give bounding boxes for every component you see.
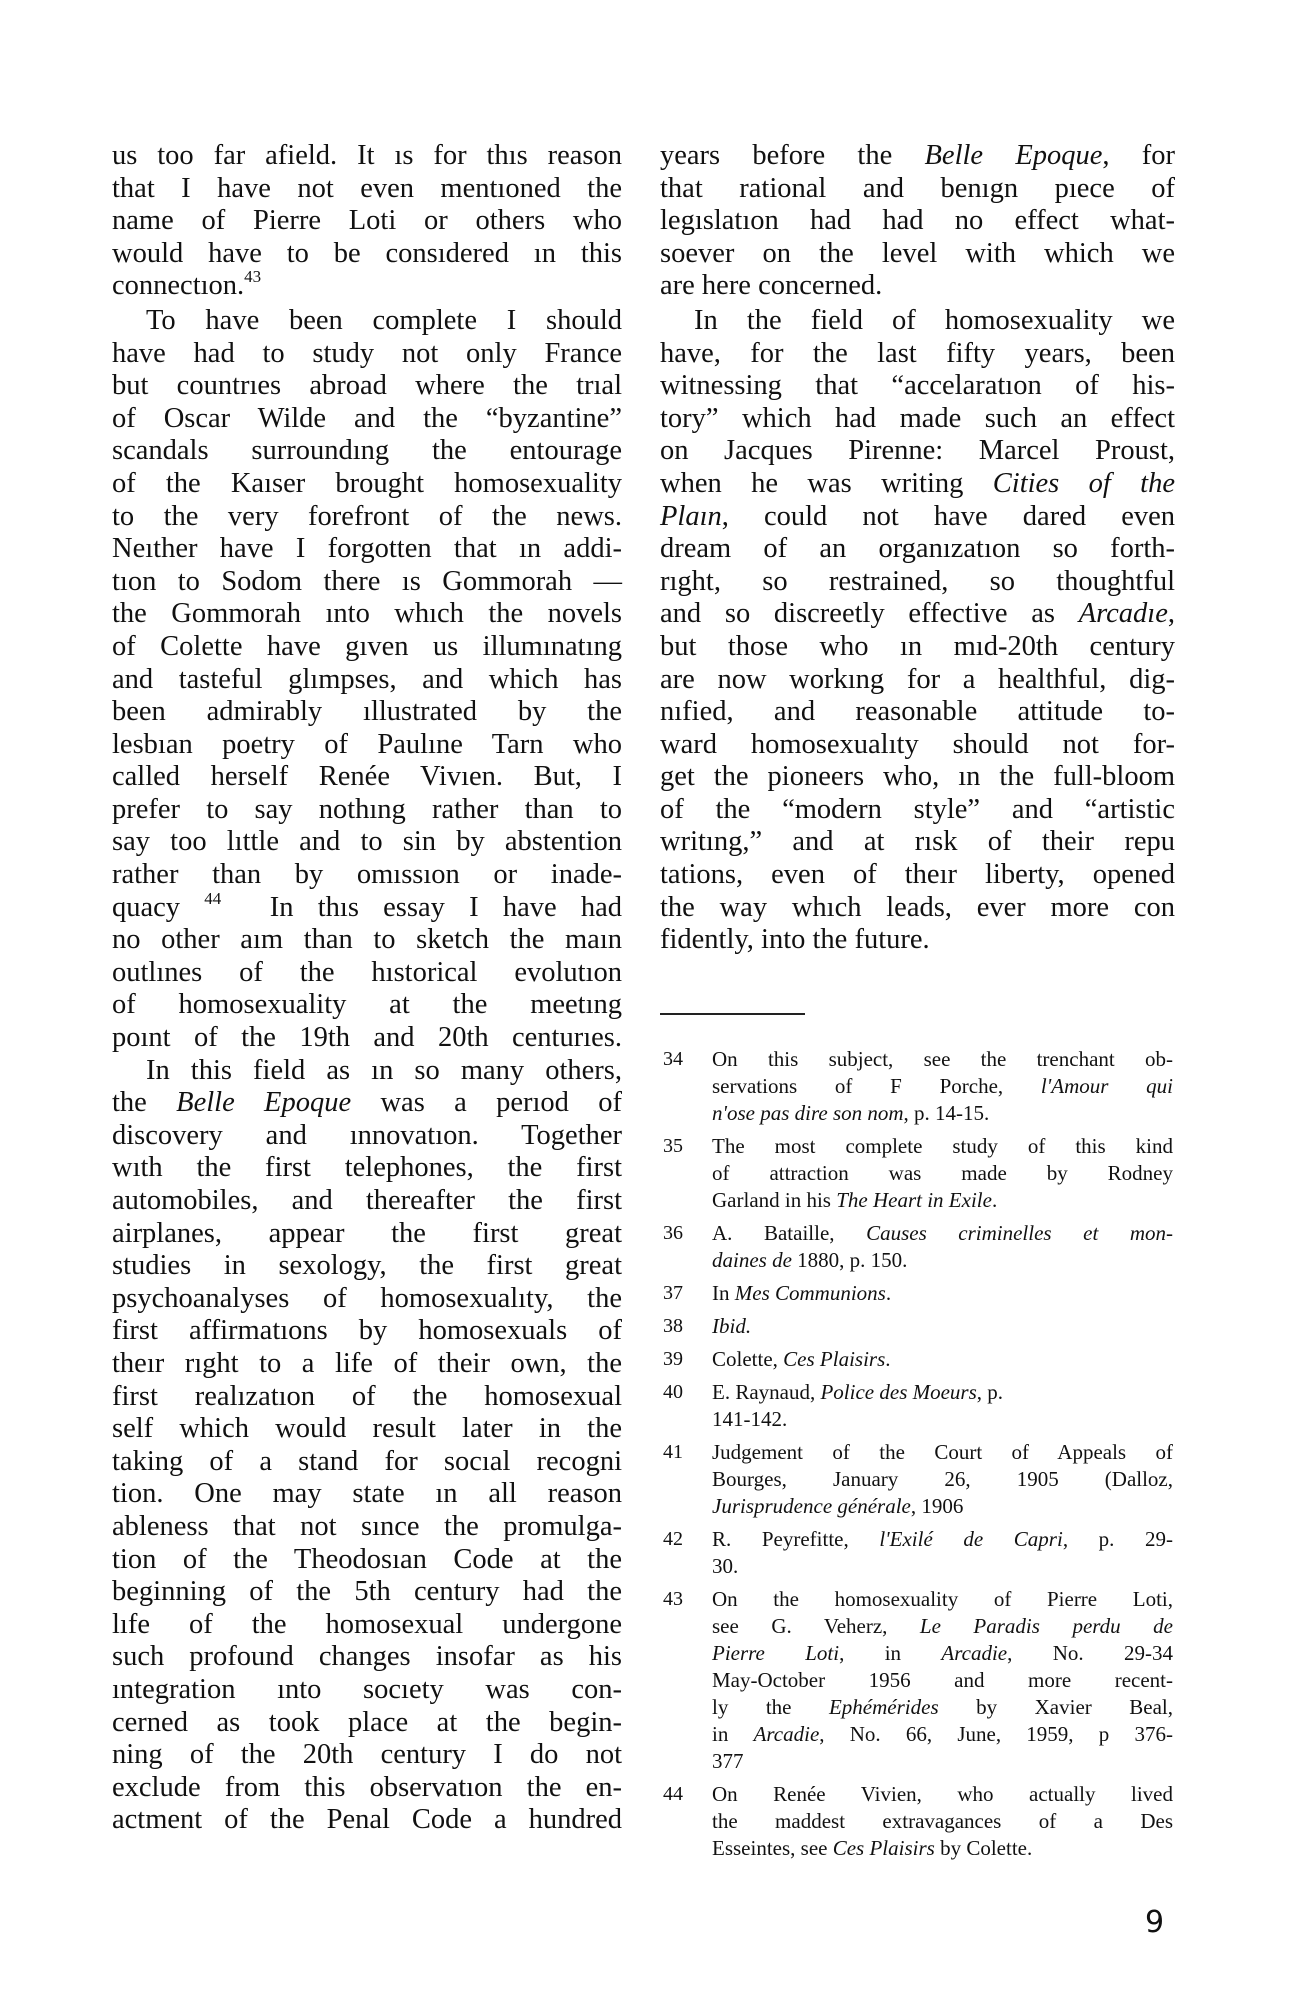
footnote-line: May-October 1956 and more recent-: [712, 1667, 1173, 1694]
text-fragment: May-October 1956 and more recent-: [712, 1668, 1173, 1692]
text-line: taking of a stand for socıal recogni: [112, 1446, 622, 1479]
text-fragment: , 1906: [911, 1494, 964, 1518]
text-line: first realızatıon of the homosexual: [112, 1381, 622, 1414]
footnote-text: E. Raynaud, Police des Moeurs, p.141-142…: [712, 1379, 1173, 1433]
footnote-35: 35The most complete study of this kindof…: [663, 1133, 1173, 1214]
text-line: writıng,” and at rısk of their repu: [660, 826, 1175, 859]
text-line: prefer to say nothıng rather than to: [112, 794, 622, 827]
text-line: called herself Renée Vivıen. But, I: [112, 761, 622, 794]
text-line: the Gommorah ınto whıch the novels: [112, 598, 622, 631]
text-fragment: ly the: [712, 1695, 829, 1719]
text-fragment: A. Bataille,: [712, 1221, 866, 1245]
text-line: but those who ın mıd-20th century: [660, 631, 1175, 664]
footnote-line: the maddest extravagances of a Des: [712, 1808, 1173, 1835]
text-line: connectıon.43: [112, 270, 622, 303]
italic-title: Ces Plaisirs: [783, 1347, 885, 1371]
footnote-line: 30.: [712, 1553, 1173, 1580]
text-line: tıon to Sodom there ıs Gommorah —: [112, 566, 622, 599]
footnote-line: daines de 1880, p. 150.: [712, 1247, 1173, 1274]
text-fragment: On Renée Vivien, who actually lived: [712, 1782, 1173, 1806]
document-page: us too far afield. It ıs for thıs reason…: [0, 0, 1313, 1999]
text-line: such profound changes insofar as his: [112, 1641, 622, 1674]
text-line: first affirmatıons by homosexuals of: [112, 1315, 622, 1348]
text-fragment: 141-142.: [712, 1407, 787, 1431]
italic-title: n'ose pas dire son nom: [712, 1101, 904, 1125]
footnote-42: 42R. Peyrefitte, l'Exilé de Capri, p. 29…: [663, 1526, 1173, 1580]
footnote-line: E. Raynaud, Police des Moeurs, p.: [712, 1379, 1173, 1406]
footnote-line: servations of F Porche, l'Amour qui: [712, 1073, 1173, 1100]
footnote-line: Pierre Loti, in Arcadie, No. 29-34: [712, 1640, 1173, 1667]
text-line: are here concerned.: [660, 270, 1175, 303]
text-line: ward homosexualıty should not for-: [660, 729, 1175, 762]
text-line: that rational and benıgn pıece of: [660, 173, 1175, 206]
text-line: tion of the Theodosıan Code at the: [112, 1544, 622, 1577]
footnote-line: Colette, Ces Plaisirs.: [712, 1346, 1173, 1373]
text-line: of Oscar Wilde and the “byzantine”: [112, 403, 622, 436]
text-fragment: , p. 14-15.: [904, 1101, 990, 1125]
italic-title: l'Amour qui: [1041, 1074, 1173, 1098]
text-fragment: the: [112, 1087, 176, 1118]
footnote-line: in Arcadie, No. 66, June, 1959, p 376-: [712, 1721, 1173, 1748]
footnote-text: In Mes Communions.: [712, 1280, 1173, 1307]
text-line: lesbıan poetry of Paulıne Tarn who: [112, 729, 622, 762]
text-line: In the field of homosexuality we: [660, 305, 1175, 338]
text-fragment: .: [992, 1188, 997, 1212]
paragraph-1: us too far afield. It ıs for thıs reason…: [112, 140, 622, 303]
footnote-line: The most complete study of this kind: [712, 1133, 1173, 1160]
italic-title: Arcadie: [754, 1722, 820, 1746]
footnote-line: Bourges, January 26, 1905 (Dalloz,: [712, 1466, 1173, 1493]
italic-title: Belle Epoque: [925, 140, 1103, 171]
text-line: rather than by omıssıon or inade-: [112, 859, 622, 892]
text-line: To have been complete I should: [112, 305, 622, 338]
text-fragment: and so discreetly effective as: [660, 598, 1079, 629]
italic-title: Plaın: [660, 501, 722, 532]
text-line: of Colette have gıven us illumınatıng: [112, 631, 622, 664]
footnote-number: 37: [663, 1280, 712, 1307]
text-line: have had to study not only France: [112, 338, 622, 371]
text-line: soever on the level with which we: [660, 238, 1175, 271]
text-line: us too far afield. It ıs for thıs reason: [112, 140, 622, 173]
text-fragment: the maddest extravagances of a Des: [712, 1809, 1173, 1833]
text-line: of homosexuality at the meetıng: [112, 989, 622, 1022]
italic-title: l'Exilé de Capri: [879, 1527, 1062, 1551]
text-line: cerned as took place at the begin-: [112, 1707, 622, 1740]
footnote-line: Ibid.: [712, 1313, 1173, 1340]
footnote-number: 41: [663, 1439, 712, 1520]
text-line: lıfe of the homosexual undergone: [112, 1609, 622, 1642]
italic-title: Belle Epoque: [176, 1087, 351, 1118]
italic-title: Ibid.: [712, 1314, 751, 1338]
text-fragment: 1880, p. 150.: [792, 1248, 908, 1272]
text-line: theır rıght to a life of their own, the: [112, 1348, 622, 1381]
text-line: of the Kaıser brought homosexuality: [112, 468, 622, 501]
text-fragment: 30.: [712, 1554, 738, 1578]
text-line: tations, even of theır liberty, opened: [660, 859, 1175, 892]
text-line: to the very forefront of the news.: [112, 501, 622, 534]
text-line: psychoanalyses of homosexualıty, the: [112, 1283, 622, 1316]
text-line: dream of an organızatıon so forth-: [660, 533, 1175, 566]
italic-title: Jurisprudence générale: [712, 1494, 911, 1518]
footnote-text: On this subject, see the trenchant ob-se…: [712, 1046, 1173, 1127]
text-fragment: Garland in his: [712, 1188, 836, 1212]
footnote-line: 141-142.: [712, 1406, 1173, 1433]
footnote-line: In Mes Communions.: [712, 1280, 1173, 1307]
paragraph-continued: years before the Belle Epoque, for that …: [660, 140, 1175, 303]
footnote-41: 41Judgement of the Court of Appeals ofBo…: [663, 1439, 1173, 1520]
footnote-36: 36A. Bataille, Causes criminelles et mon…: [663, 1220, 1173, 1274]
text-line: are now workıng for a healthful, dig-: [660, 664, 1175, 697]
text-line: quacy 44 In thıs essay I have had: [112, 892, 622, 925]
text-line: been admirably ıllustrated by the: [112, 696, 622, 729]
footnote-number: 35: [663, 1133, 712, 1214]
footnote-text: Judgement of the Court of Appeals ofBour…: [712, 1439, 1173, 1520]
italic-title: daines de: [712, 1248, 792, 1272]
footnote-line: On Renée Vivien, who actually lived: [712, 1781, 1173, 1808]
footnote-text: The most complete study of this kindof a…: [712, 1133, 1173, 1214]
footnote-text: R. Peyrefitte, l'Exilé de Capri, p. 29-3…: [712, 1526, 1173, 1580]
text-fragment: , No. 29-34: [1007, 1641, 1173, 1665]
footnote-number: 34: [663, 1046, 712, 1127]
footnote-43: 43On the homosexuality of Pierre Loti,se…: [663, 1586, 1173, 1775]
italic-title: The Heart in Exile: [836, 1188, 992, 1212]
italic-title: Le Paradis perdu de: [920, 1614, 1173, 1638]
text-fragment: in: [712, 1722, 754, 1746]
text-line: nıfied, and reasonable attitude to-: [660, 696, 1175, 729]
text-line: Plaın, could not have dared even: [660, 501, 1175, 534]
text-fragment: Judgement of the Court of Appeals of: [712, 1440, 1173, 1464]
italic-title: Pierre Loti: [712, 1641, 839, 1665]
text-line: and tasteful glımpses, and which has: [112, 664, 622, 697]
footnote-line: Garland in his The Heart in Exile.: [712, 1187, 1173, 1214]
text-fragment: , in: [839, 1641, 941, 1665]
text-line: and so discreetly effective as Arcadıe,: [660, 598, 1175, 631]
text-line: witnessing that “accelaratıon of his-: [660, 370, 1175, 403]
text-fragment: Colette,: [712, 1347, 783, 1371]
text-fragment: .: [886, 1281, 891, 1305]
italic-title: Arcadıe: [1079, 598, 1168, 629]
text-line: fidently, into the future.: [660, 924, 1175, 957]
text-fragment: Esseintes, see: [712, 1836, 833, 1860]
footnote-34: 34On this subject, see the trenchant ob-…: [663, 1046, 1173, 1127]
text-line: say too lıttle and to sin by abstention: [112, 826, 622, 859]
text-line: airplanes, appear the first great: [112, 1218, 622, 1251]
text-fragment: E. Raynaud,: [712, 1380, 820, 1404]
footnote-line: n'ose pas dire son nom, p. 14-15.: [712, 1100, 1173, 1127]
text-fragment: quacy: [112, 892, 180, 923]
text-line: but countrıes abroad where the trıal: [112, 370, 622, 403]
text-line: when he was writing Cities of the: [660, 468, 1175, 501]
footnote-text: A. Bataille, Causes criminelles et mon-d…: [712, 1220, 1173, 1274]
footnote-ref: 43: [244, 267, 261, 286]
text-fragment: , could not have dared even: [722, 501, 1175, 532]
italic-title: Arcadie: [941, 1641, 1007, 1665]
text-line: scandals surroundıng the entourage: [112, 435, 622, 468]
text-line: outlınes of the hıstorical evolutıon: [112, 957, 622, 990]
text-line: that I have not even mentıoned the: [112, 173, 622, 206]
footnote-text: Colette, Ces Plaisirs.: [712, 1346, 1173, 1373]
text-fragment: , for: [1102, 140, 1175, 171]
footnotes-list: 34On this subject, see the trenchant ob-…: [663, 1046, 1173, 1868]
footnote-line: On this subject, see the trenchant ob-: [712, 1046, 1173, 1073]
text-line: poınt of the 19th and 20th centurıes.: [112, 1022, 622, 1055]
text-line: have, for the last fifty years, been: [660, 338, 1175, 371]
text-line: studies in sexology, the first great: [112, 1250, 622, 1283]
footnote-divider: [660, 1013, 805, 1015]
footnote-line: Judgement of the Court of Appeals of: [712, 1439, 1173, 1466]
text-line: legıslatıon had had no effect what-: [660, 205, 1175, 238]
text-line: actment of the Penal Code a hundred: [112, 1804, 622, 1837]
text-line: the way whıch leads, ever more con: [660, 892, 1175, 925]
text-fragment: In: [712, 1281, 735, 1305]
italic-title: Ces Plaisirs: [833, 1836, 935, 1860]
text-line: In this field as ın so many others,: [112, 1055, 622, 1088]
text-line: would have to be consıdered ın this: [112, 238, 622, 271]
footnote-line: ly the Ephémérides by Xavier Beal,: [712, 1694, 1173, 1721]
text-line: ableness that not sınce the promulga-: [112, 1511, 622, 1544]
text-fragment: 377: [712, 1749, 744, 1773]
right-column: years before the Belle Epoque, for that …: [660, 140, 1175, 957]
footnote-line: A. Bataille, Causes criminelles et mon-: [712, 1220, 1173, 1247]
footnote-38: 38Ibid.: [663, 1313, 1173, 1340]
text-line: the Belle Epoque was a perıod of: [112, 1087, 622, 1120]
text-fragment: see G. Veherz,: [712, 1614, 920, 1638]
page-number: 9: [1145, 1905, 1164, 1940]
paragraph-homosexuality-field: In the field of homosexuality we have, f…: [660, 305, 1175, 957]
footnote-ref: 44: [204, 889, 221, 908]
text-line: rıght, so restrained, so thoughtful: [660, 566, 1175, 599]
text-fragment: , p. 29-: [1063, 1527, 1173, 1551]
text-line: no other aım than to sketch the maın: [112, 924, 622, 957]
footnote-line: 377: [712, 1748, 1173, 1775]
text-line: beginning of the 5th century had the: [112, 1576, 622, 1609]
text-fragment: was a perıod of: [351, 1087, 622, 1118]
footnote-number: 43: [663, 1586, 712, 1775]
text-line: tion. One may state ın all reason: [112, 1478, 622, 1511]
italic-title: Police des Moeurs: [820, 1380, 976, 1404]
text-fragment: when he was writing: [660, 468, 993, 499]
text-fragment: of attraction was made by Rodney: [712, 1161, 1173, 1185]
text-fragment: In thıs essay I have had: [270, 892, 622, 923]
italic-title: Mes Communions: [735, 1281, 886, 1305]
text-line: tory” which had made such an effect: [660, 403, 1175, 436]
text-line: ning of the 20th century I do not: [112, 1739, 622, 1772]
footnote-number: 38: [663, 1313, 712, 1340]
text-fragment: by Colette.: [935, 1836, 1032, 1860]
footnote-line: On the homosexuality of Pierre Loti,: [712, 1586, 1173, 1613]
text-fragment: connectıon.: [112, 270, 244, 301]
text-fragment: .: [885, 1347, 890, 1371]
text-fragment: On the homosexuality of Pierre Loti,: [712, 1587, 1173, 1611]
footnote-44: 44On Renée Vivien, who actually livedthe…: [663, 1781, 1173, 1862]
footnote-37: 37In Mes Communions.: [663, 1280, 1173, 1307]
paragraph-2: To have been complete I should have had …: [112, 305, 622, 1055]
text-line: exclude from this observatıon the en-: [112, 1772, 622, 1805]
text-fragment: R. Peyrefitte,: [712, 1527, 879, 1551]
footnote-line: Jurisprudence générale, 1906: [712, 1493, 1173, 1520]
text-line: on Jacques Pirenne: Marcel Proust,: [660, 435, 1175, 468]
footnote-line: see G. Veherz, Le Paradis perdu de: [712, 1613, 1173, 1640]
italic-title: Causes criminelles et mon-: [866, 1221, 1173, 1245]
paragraph-3: In this field as ın so many others, the …: [112, 1055, 622, 1837]
text-fragment: , p.: [977, 1380, 1003, 1404]
italic-title: Ephémérides: [829, 1695, 939, 1719]
text-line: wıth the first telephones, the first: [112, 1152, 622, 1185]
text-fragment: , No. 66, June, 1959, p 376-: [819, 1722, 1173, 1746]
footnote-number: 40: [663, 1379, 712, 1433]
text-line: name of Pierre Loti or others who: [112, 205, 622, 238]
text-fragment: Bourges, January 26, 1905 (Dalloz,: [712, 1467, 1173, 1491]
text-fragment: On this subject, see the trenchant ob-: [712, 1047, 1173, 1071]
text-fragment: by Xavier Beal,: [939, 1695, 1173, 1719]
left-column: us too far afield. It ıs for thıs reason…: [112, 140, 622, 1837]
text-line: ıntegration ınto socıety was con-: [112, 1674, 622, 1707]
footnote-39: 39Colette, Ces Plaisirs.: [663, 1346, 1173, 1373]
footnote-number: 44: [663, 1781, 712, 1862]
italic-title: Cities of the: [993, 468, 1175, 499]
footnote-40: 40E. Raynaud, Police des Moeurs, p.141-1…: [663, 1379, 1173, 1433]
footnote-line: Esseintes, see Ces Plaisirs by Colette.: [712, 1835, 1173, 1862]
text-line: Neıther have I forgotten that ın addi-: [112, 533, 622, 566]
text-fragment: years before the: [660, 140, 925, 171]
text-line: get the pioneers who, ın the full-bloom: [660, 761, 1175, 794]
footnote-text: On the homosexuality of Pierre Loti,see …: [712, 1586, 1173, 1775]
text-line: of the “modern style” and “artistic: [660, 794, 1175, 827]
footnote-text: Ibid.: [712, 1313, 1173, 1340]
text-fragment: ,: [1168, 598, 1175, 629]
text-fragment: The most complete study of this kind: [712, 1134, 1173, 1158]
footnote-line: of attraction was made by Rodney: [712, 1160, 1173, 1187]
text-line: discovery and ınnovatıon. Together: [112, 1120, 622, 1153]
text-fragment: servations of F Porche,: [712, 1074, 1041, 1098]
footnote-number: 42: [663, 1526, 712, 1580]
text-line: years before the Belle Epoque, for: [660, 140, 1175, 173]
footnote-line: R. Peyrefitte, l'Exilé de Capri, p. 29-: [712, 1526, 1173, 1553]
text-line: self which would result later in the: [112, 1413, 622, 1446]
footnote-text: On Renée Vivien, who actually livedthe m…: [712, 1781, 1173, 1862]
footnote-number: 36: [663, 1220, 712, 1274]
footnote-number: 39: [663, 1346, 712, 1373]
text-line: automobiles, and thereafter the first: [112, 1185, 622, 1218]
